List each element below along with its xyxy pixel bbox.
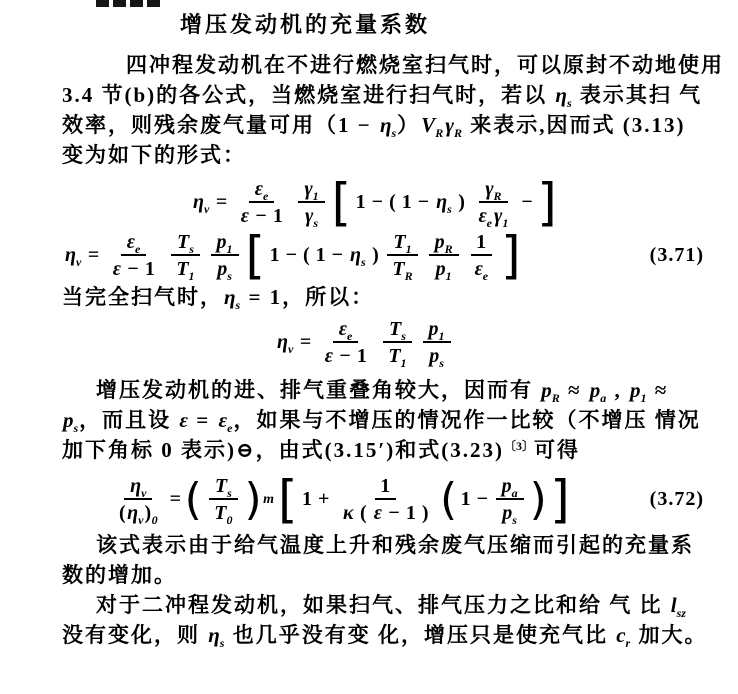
fraction: ηv (ηv)0 xyxy=(114,475,163,524)
denominator: p1 xyxy=(430,256,458,280)
equation-term: 1 − ( 1 − ηs ) xyxy=(268,244,382,267)
mid-sentence: 当完全扫气时，ηs = 1，所以： xyxy=(62,282,710,312)
left-bracket-icon: [ xyxy=(278,477,298,523)
right-paren-icon: ) xyxy=(244,480,262,520)
denominator: κ ( ε − 1 ) xyxy=(337,500,434,524)
numerator: Ts xyxy=(209,475,238,500)
fraction: 1 κ ( ε − 1 ) xyxy=(337,475,434,524)
fraction: pa ps xyxy=(496,475,524,524)
left-paren-icon: ( xyxy=(185,480,203,520)
denominator: εeγ1 xyxy=(472,203,514,227)
paragraph-1-line-2: 3.4 节(b)的各公式，当燃烧室进行扫气时，若以 ηs 表示其扫 气 xyxy=(62,80,710,110)
equation-lhs: ηv = xyxy=(274,331,314,354)
paragraph-4-line-1: 对于二冲程发动机，如果扫气、排气压力之比和给 气 比 lsz xyxy=(62,590,710,620)
fraction: εe ε − 1 xyxy=(107,231,161,280)
equation-3-71: ηv = εe ε − 1 Ts T1 p1 ps [ 1 − ( 1 − ηs… xyxy=(62,231,710,280)
denominator: ps xyxy=(423,343,450,367)
numerator: Ts xyxy=(171,231,200,256)
denominator: T1 xyxy=(170,256,200,280)
fraction: p1 ps xyxy=(211,231,239,280)
fraction: Ts T1 xyxy=(382,318,412,367)
numerator: Ts xyxy=(383,318,412,343)
fraction: pR p1 xyxy=(429,231,459,280)
denominator: ps xyxy=(211,256,238,280)
paragraph-4-line-2: 没有变化，则 ηs 也几乎没有变 化，增压只是使充气比 cr 加大。 xyxy=(62,620,710,650)
paragraph-1-line-3: 效率，则残余废气量可用（1 − ηs）VRγR 来表示,因而式 (3.13) xyxy=(62,110,710,140)
right-bracket-icon: ] xyxy=(550,477,570,523)
paragraph-2-line-3: 加下角标 0 表示)⊖，由式(3.15′)和式(3.23)〔3〕可得 xyxy=(62,435,710,465)
fraction: γ1 γs xyxy=(298,178,324,227)
equation-lhs: ηv = xyxy=(190,191,230,214)
fraction: Ts T1 xyxy=(170,231,200,280)
denominator: ε − 1 xyxy=(319,343,373,367)
numerator: T1 xyxy=(387,231,417,256)
equation-unnumbered-1: ηv = εe ε − 1 γ1 γs [ 1 − ( 1 − ηs ) γR … xyxy=(190,178,710,227)
page-title: 增压发动机的充量系数 xyxy=(180,10,710,40)
denominator: T1 xyxy=(382,343,412,367)
paragraph-1-line-1: 四冲程发动机在不进行燃烧室扫气时，可以原封不动地使用 xyxy=(62,50,710,80)
denominator: ε − 1 xyxy=(107,256,161,280)
fraction: Ts T0 xyxy=(208,475,238,524)
equation-term: − xyxy=(519,191,535,214)
equation-3-72: ηv (ηv)0 = ( Ts T0 )m [ 1 + 1 κ ( ε − 1 … xyxy=(62,475,710,524)
paragraph-3-line-1: 该式表示由于给气温度上升和残余废气压缩而引起的充量系 xyxy=(62,530,710,560)
left-paren-icon: ( xyxy=(440,480,458,520)
denominator: εe xyxy=(469,256,495,280)
fraction: εe ε − 1 xyxy=(319,318,373,367)
left-bracket-icon: [ xyxy=(246,233,266,279)
numerator: p1 xyxy=(211,231,239,256)
scan-artifact xyxy=(96,0,160,7)
equation-term: 1 + xyxy=(300,488,332,511)
equation-number: (3.71) xyxy=(650,244,704,267)
equation-term: 1 − ( 1 − ηs ) xyxy=(354,191,468,214)
fraction: T1 TR xyxy=(386,231,418,280)
right-paren-icon: ) xyxy=(530,480,548,520)
numerator: 1 xyxy=(471,231,492,256)
denominator: T0 xyxy=(208,500,238,524)
scanned-book-page: 增压发动机的充量系数 四冲程发动机在不进行燃烧室扫气时，可以原封不动地使用 3.… xyxy=(0,0,738,694)
denominator: TR xyxy=(386,256,418,280)
equals-sign: = xyxy=(168,488,184,511)
equation-term: 1 − xyxy=(459,488,491,511)
denominator: ps xyxy=(496,500,523,524)
numerator: γ1 xyxy=(298,178,324,203)
denominator: (ηv)0 xyxy=(114,500,163,524)
equation-unnumbered-2: ηv = εe ε − 1 Ts T1 p1 ps xyxy=(274,318,710,367)
numerator: pR xyxy=(429,231,459,256)
paragraph-1-line-4: 变为如下的形式： xyxy=(62,140,710,170)
paragraph-3-line-2: 数的增加。 xyxy=(62,560,710,590)
right-bracket-icon: ] xyxy=(537,180,557,226)
paragraph-2-line-1: 增压发动机的进、排气重叠角较大，因而有 pR ≈ pa , p1 ≈ xyxy=(62,375,710,405)
numerator: εe xyxy=(249,178,275,203)
numerator: p1 xyxy=(423,318,451,343)
left-bracket-icon: [ xyxy=(332,180,352,226)
fraction: 1 εe xyxy=(469,231,495,280)
numerator: εe xyxy=(333,318,359,343)
numerator: pa xyxy=(496,475,524,500)
fraction: p1 ps xyxy=(423,318,451,367)
numerator: γR xyxy=(479,178,507,203)
fraction: γR εeγ1 xyxy=(472,178,514,227)
denominator: γs xyxy=(299,203,324,227)
numerator: 1 xyxy=(375,475,396,500)
numerator: ηv xyxy=(124,475,152,500)
denominator: ε − 1 xyxy=(235,203,289,227)
equation-number: (3.72) xyxy=(650,488,704,511)
equation-lhs: ηv = xyxy=(62,244,102,267)
paragraph-2-line-2: ps，而且设 ε = εe，如果与不增压的情况作一比较（不增压 情况 xyxy=(62,405,710,435)
right-bracket-icon: ] xyxy=(501,233,521,279)
numerator: εe xyxy=(121,231,147,256)
fraction: εe ε − 1 xyxy=(235,178,289,227)
